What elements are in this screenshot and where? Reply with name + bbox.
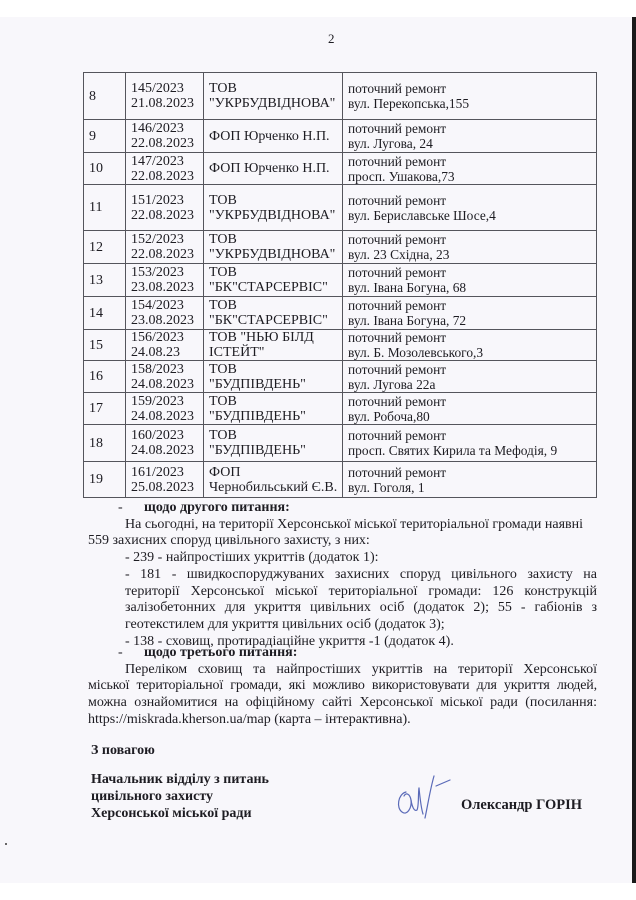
- permit-number-date: 152/202322.08.2023: [126, 231, 204, 264]
- row-number: 14: [84, 297, 126, 330]
- table-row: 8145/202321.08.2023ТОВ"УКРБУДВІДНОВА"пот…: [84, 73, 597, 120]
- row-number: 11: [84, 185, 126, 231]
- table-row: 17159/202324.08.2023ТОВ"БУДПІВДЕНЬ"поточ…: [84, 393, 597, 425]
- table-row: 16158/202324.08.2023ТОВ"БУДПІВДЕНЬ"поточ…: [84, 361, 597, 393]
- work-address: поточний ремонтвул. Лугова, 24: [343, 120, 597, 153]
- permit-number-date: 146/202322.08.2023: [126, 120, 204, 153]
- row-number: 15: [84, 330, 126, 361]
- row-number: 18: [84, 425, 126, 462]
- section-2-heading: -щодо другого питання:: [88, 500, 597, 517]
- contractor: ТОВ"БК"СТАРСЕРВІС": [204, 264, 343, 297]
- row-number: 12: [84, 231, 126, 264]
- regards: З повагою: [91, 742, 155, 759]
- page-number: 2: [328, 31, 335, 47]
- contractor: ТОВ "НЬЮ БІЛДІСТЕЙТ": [204, 330, 343, 361]
- work-address: поточний ремонтвул. Бериславське Шосе,4: [343, 185, 597, 231]
- permit-number-date: 159/202324.08.2023: [126, 393, 204, 425]
- work-address: поточний ремонтвул. Івана Богуна, 72: [343, 297, 597, 330]
- permit-number-date: 161/202325.08.2023: [126, 462, 204, 498]
- shelter-item-simplest: - 239 - найпростіших укриттів (додаток 1…: [88, 550, 597, 567]
- row-number: 13: [84, 264, 126, 297]
- table-row: 13153/202323.08.2023ТОВ"БК"СТАРСЕРВІС"по…: [84, 264, 597, 297]
- permit-number-date: 145/202321.08.2023: [126, 73, 204, 120]
- table-row: 14154/202323.08.2023ТОВ"БК"СТАРСЕРВІС"по…: [84, 297, 597, 330]
- work-address: поточний ремонтвул. 23 Східна, 23: [343, 231, 597, 264]
- contractor: ФОПЧернобильський Є.В.: [204, 462, 343, 498]
- contractor: ТОВ"БУДПІВДЕНЬ": [204, 425, 343, 462]
- signer-position: Начальник відділу з питань цивільного за…: [91, 771, 269, 822]
- work-address: поточний ремонтвул. Перекопська,155: [343, 73, 597, 120]
- section-3: -щодо третього питання: Переліком сховищ…: [88, 645, 597, 729]
- contractor: ТОВ"БУДПІВДЕНЬ": [204, 361, 343, 393]
- work-address: поточний ремонтвул. Івана Богуна, 68: [343, 264, 597, 297]
- table-row: 10147/202322.08.2023ФОП Юрченко Н.П.пото…: [84, 153, 597, 185]
- contractor: ТОВ"БУДПІВДЕНЬ": [204, 393, 343, 425]
- permit-number-date: 160/202324.08.2023: [126, 425, 204, 462]
- table-row: 18160/202324.08.2023ТОВ"БУДПІВДЕНЬ"поточ…: [84, 425, 597, 462]
- signature: [392, 770, 452, 822]
- row-number: 19: [84, 462, 126, 498]
- row-number: 17: [84, 393, 126, 425]
- table-row: 12152/202322.08.2023ТОВ"УКРБУДВІДНОВА"по…: [84, 231, 597, 264]
- work-address: поточний ремонтвул. Б. Мозолевського,3: [343, 330, 597, 361]
- row-number: 16: [84, 361, 126, 393]
- map-link[interactable]: https://miskrada.kherson.ua/map (карта –…: [88, 712, 597, 729]
- table-row: 19161/202325.08.2023ФОПЧернобильський Є.…: [84, 462, 597, 498]
- work-address: поточний ремонтвул. Лугова 22а: [343, 361, 597, 393]
- work-address: поточний ремонтвул. Гоголя, 1: [343, 462, 597, 498]
- contractor: ТОВ"БК"СТАРСЕРВІС": [204, 297, 343, 330]
- row-number: 10: [84, 153, 126, 185]
- contractor: ТОВ"УКРБУДВІДНОВА": [204, 185, 343, 231]
- table-row: 9146/202322.08.2023ФОП Юрченко Н.П.поточ…: [84, 120, 597, 153]
- row-number: 8: [84, 73, 126, 120]
- permit-number-date: 153/202323.08.2023: [126, 264, 204, 297]
- table-row: 15156/202324.08.23ТОВ "НЬЮ БІЛДІСТЕЙТ"по…: [84, 330, 597, 361]
- contractor: ТОВ"УКРБУДВІДНОВА": [204, 73, 343, 120]
- section-3-heading: -щодо третього питання:: [88, 645, 597, 662]
- scan-speck: [5, 843, 7, 845]
- scan-edge-shadow: [632, 17, 636, 883]
- work-address: поточний ремонтпросп. Святих Кирила та М…: [343, 425, 597, 462]
- permit-number-date: 147/202322.08.2023: [126, 153, 204, 185]
- work-address: поточний ремонтвул. Робоча,80: [343, 393, 597, 425]
- permit-number-date: 151/202322.08.2023: [126, 185, 204, 231]
- signer-name: Олександр ГОРІН: [461, 797, 582, 814]
- permit-number-date: 158/202324.08.2023: [126, 361, 204, 393]
- row-number: 9: [84, 120, 126, 153]
- table-row: 11151/202322.08.2023ТОВ"УКРБУДВІДНОВА"по…: [84, 185, 597, 231]
- contractor: ФОП Юрченко Н.П.: [204, 120, 343, 153]
- permit-number-date: 154/202323.08.2023: [126, 297, 204, 330]
- permit-number-date: 156/202324.08.23: [126, 330, 204, 361]
- permits-table: 8145/202321.08.2023ТОВ"УКРБУДВІДНОВА"пот…: [83, 72, 597, 498]
- contractor: ФОП Юрченко Н.П.: [204, 153, 343, 185]
- section-2-intro: На сьогодні, на території Херсонської мі…: [88, 517, 597, 534]
- section-2: -щодо другого питання: На сьогодні, на т…: [88, 500, 597, 650]
- contractor: ТОВ"УКРБУДВІДНОВА": [204, 231, 343, 264]
- work-address: поточний ремонтпросп. Ушакова,73: [343, 153, 597, 185]
- shelter-item-rapid: - 181 - швидкоспоруджуваних захисних спо…: [88, 567, 597, 584]
